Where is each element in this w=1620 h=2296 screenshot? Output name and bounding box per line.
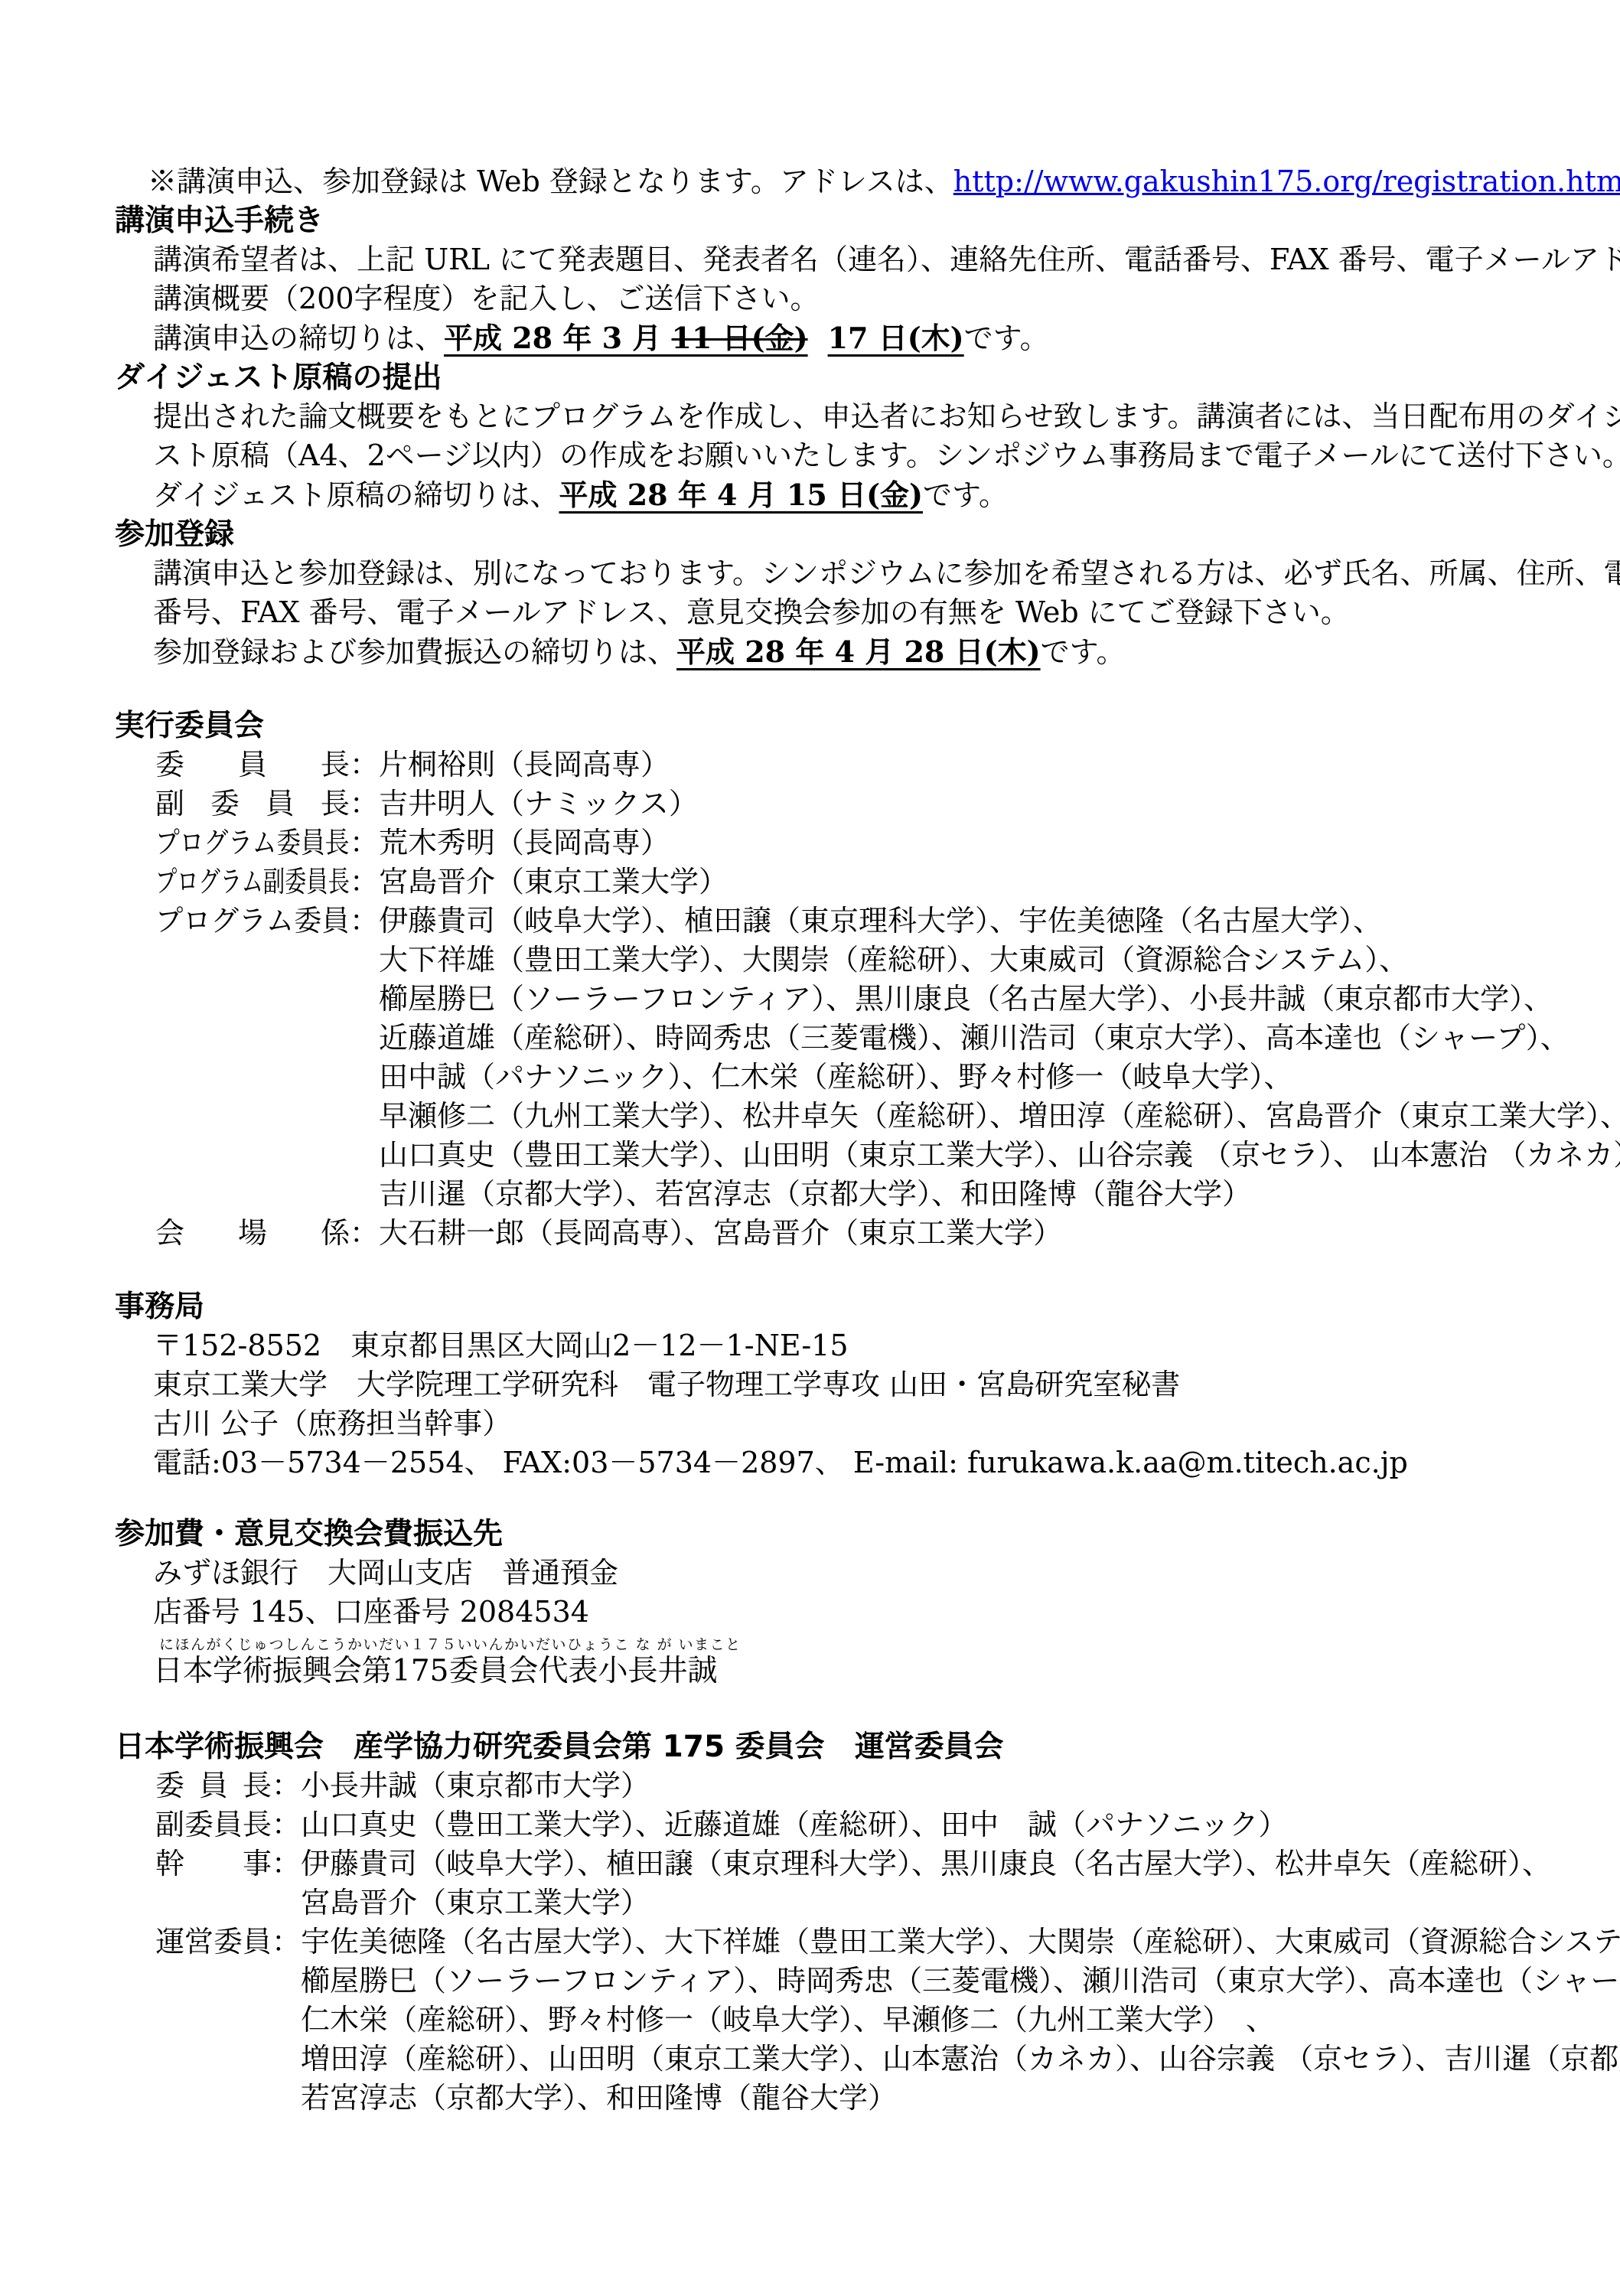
role-colon: ： bbox=[350, 902, 379, 941]
role-colon: ： bbox=[350, 784, 379, 823]
member-line: 櫛屋勝巳（ソーラーフロンティア）、黒川康良（名古屋大学）、小長井誠（東京都市大学… bbox=[379, 980, 1574, 1019]
intro-note: ※講演申込、参加登録は Web 登録となります。アドレスは、http://www… bbox=[148, 162, 1574, 201]
management-row-members: 運営委員： 宇佐美徳隆（名古屋大学）、大下祥雄（豊田工業大学）、大関崇（産総研）… bbox=[155, 1923, 1574, 2118]
role-label: 運営委員 bbox=[155, 1923, 272, 1962]
registration-deadline-prefix: 参加登録および参加費振込の締切りは、 bbox=[153, 635, 676, 669]
member-line: 宮島晋介（東京工業大学） bbox=[379, 863, 1574, 902]
role-label: プログラム委員 bbox=[155, 902, 350, 941]
application-deadline-date-new: 17 日(木) bbox=[828, 321, 964, 355]
section-heading-management-committee: 日本学術振興会 産学協力研究委員会第 175 委員会 運営委員会 bbox=[115, 1727, 1574, 1766]
member-line: 伊藤貴司（岐阜大学）、植田譲（東京理科大学）、宇佐美徳隆（名古屋大学）、 bbox=[379, 902, 1574, 941]
role-label: 会場係 bbox=[155, 1214, 350, 1253]
digest-line-1: 提出された論文概要をもとにプログラムを作成し、申込者にお知らせ致します。講演者に… bbox=[153, 397, 1574, 436]
registration-deadline-suffix: です。 bbox=[1041, 635, 1126, 669]
role-label: 委員長 bbox=[155, 745, 350, 784]
payment-bank-line: みずほ銀行 大岡山支店 普通預金 bbox=[153, 1554, 1574, 1593]
registration-deadline-date: 平成 28 年 4 月 28 日(木) bbox=[676, 634, 1041, 669]
section-heading-application: 講演申込手続き bbox=[115, 201, 1574, 240]
role-colon: ： bbox=[272, 1766, 301, 1805]
registration-line-1: 講演申込と参加登録は、別になっております。シンポジウムに参加を希望される方は、必… bbox=[153, 554, 1574, 593]
application-deadline-date: 平成 28 年 3 月 11 日(金) bbox=[444, 321, 808, 355]
role-label: プログラム委員長 bbox=[155, 823, 350, 863]
application-deadline-date-struck: 11 日(金) bbox=[672, 321, 808, 355]
role-label: 副委員長 bbox=[155, 784, 350, 823]
account-holder-line: にほんがくじゅつしんこうかいだい１７５いいんかいだいひょうこ な が いまこと … bbox=[153, 1636, 1574, 1689]
registration-line-2: 番号、FAX 番号、電子メールアドレス、意見交換会参加の有無を Web にてご登… bbox=[153, 593, 1574, 632]
account-holder: 日本学術振興会第175委員会代表小長井誠 bbox=[153, 1654, 1574, 1689]
digest-line-2: スト原稿（A4、2ページ以内）の作成をお願いいたします。シンポジウム事務局まで電… bbox=[153, 436, 1574, 475]
role-label: 副委員長 bbox=[155, 1805, 272, 1844]
member-line: 荒木秀明（長岡高専） bbox=[379, 823, 1574, 863]
member-line: 大石耕一郎（長岡高専）、宮島晋介（東京工業大学） bbox=[379, 1214, 1574, 1253]
section-heading-payment: 参加費・意見交換会費振込先 bbox=[115, 1515, 1574, 1554]
section-heading-office: 事務局 bbox=[115, 1287, 1574, 1326]
role-colon: ： bbox=[350, 1214, 379, 1253]
application-deadline-date-head: 平成 28 年 3 月 bbox=[444, 321, 671, 355]
member-line: 若宮淳志（京都大学）、和田隆博（龍谷大学） bbox=[301, 2079, 1574, 2118]
application-deadline-prefix: 講演申込の締切りは、 bbox=[153, 321, 444, 355]
role-label: 幹事 bbox=[155, 1844, 272, 1883]
member-line: 小長井誠（東京都市大学） bbox=[301, 1766, 1574, 1805]
digest-deadline-prefix: ダイジェスト原稿の締切りは、 bbox=[153, 478, 559, 512]
office-contact-name-line: 古川 公子（庶務担当幹事） bbox=[153, 1404, 1574, 1443]
intro-note-prefix: ※講演申込、参加登録は Web 登録となります。アドレスは、 bbox=[148, 165, 953, 198]
member-line: 伊藤貴司（岐阜大学）、植田譲（東京理科大学）、黒川康良（名古屋大学）、松井卓矢（… bbox=[301, 1844, 1574, 1883]
role-colon: ： bbox=[272, 1805, 301, 1844]
office-affiliation-line: 東京工業大学 大学院理工学研究科 電子物理工学専攻 山田・宮島研究室秘書 bbox=[153, 1365, 1574, 1404]
member-line: 宮島晋介（東京工業大学） bbox=[301, 1883, 1574, 1923]
section-heading-registration: 参加登録 bbox=[115, 515, 1574, 554]
management-row-chair: 委員長： 小長井誠（東京都市大学） bbox=[155, 1766, 1574, 1805]
role-colon: ： bbox=[350, 863, 379, 902]
committee-row-program-members: プログラム委員： 伊藤貴司（岐阜大学）、植田譲（東京理科大学）、宇佐美徳隆（名古… bbox=[155, 902, 1574, 1214]
office-phone-line: 電話:03－5734－2554、 FAX:03－5734－2897、 E-mai… bbox=[153, 1443, 1574, 1482]
digest-deadline-suffix: です。 bbox=[923, 478, 1008, 512]
section-heading-digest: ダイジェスト原稿の提出 bbox=[115, 358, 1574, 397]
member-line: 仁木栄（産総研）、野々村修一（岐阜大学）、早瀬修二（九州工業大学） 、 bbox=[301, 2001, 1574, 2040]
member-line: 大下祥雄（豊田工業大学）、大関崇（産総研）、大東威司（資源総合システム）、 bbox=[379, 941, 1574, 980]
committee-row-program-chair: プログラム委員長： 荒木秀明（長岡高専） bbox=[155, 823, 1574, 863]
document-page: ※講演申込、参加登録は Web 登録となります。アドレスは、http://www… bbox=[0, 0, 1620, 2296]
member-line: 山口真史（豊田工業大学）、山田明（東京工業大学）、山谷宗義 （京セラ）、 山本憲… bbox=[379, 1136, 1574, 1175]
member-line: 山口真史（豊田工業大学）、近藤道雄（産総研）、田中 誠（パナソニック） bbox=[301, 1805, 1574, 1844]
office-address-line: 〒152-8552 東京都目黒区大岡山2－12－1-NE-15 bbox=[153, 1326, 1574, 1365]
member-line: 早瀬修二（九州工業大学）、松井卓矢（産総研）、増田淳（産総研）、宮島晋介（東京工… bbox=[379, 1097, 1574, 1136]
committee-row-chair: 委員長： 片桐裕則（長岡高専） bbox=[155, 745, 1574, 784]
committee-row-vice-chair: 副委員長： 吉井明人（ナミックス） bbox=[155, 784, 1574, 823]
digest-deadline-date: 平成 28 年 4 月 15 日(金) bbox=[559, 478, 923, 512]
member-line: 櫛屋勝巳（ソーラーフロンティア）、時岡秀忠（三菱電機）、瀬川浩司（東京大学）、高… bbox=[301, 1962, 1574, 2001]
furigana: にほんがくじゅつしんこうかいだい１７５いいんかいだいひょうこ な が いまこと bbox=[159, 1636, 1574, 1654]
payment-account-line: 店番号 145、口座番号 2084534 bbox=[153, 1593, 1574, 1632]
member-line: 片桐裕則（長岡高専） bbox=[379, 745, 1574, 784]
role-colon: ： bbox=[350, 823, 379, 863]
role-colon: ： bbox=[350, 745, 379, 784]
application-deadline-suffix: です。 bbox=[964, 321, 1049, 355]
management-row-vice-chair: 副委員長： 山口真史（豊田工業大学）、近藤道雄（産総研）、田中 誠（パナソニック… bbox=[155, 1805, 1574, 1844]
application-line-1: 講演希望者は、上記 URL にて発表題目、発表者名（連名）、連絡先住所、電話番号… bbox=[153, 240, 1574, 279]
member-line: 田中誠（パナソニック）、仁木栄（産総研）、野々村修一（岐阜大学）、 bbox=[379, 1058, 1574, 1097]
registration-deadline-line: 参加登録および参加費振込の締切りは、平成 28 年 4 月 28 日(木)です。 bbox=[153, 632, 1574, 672]
management-row-secretary: 幹事： 伊藤貴司（岐阜大学）、植田譲（東京理科大学）、黒川康良（名古屋大学）、松… bbox=[155, 1844, 1574, 1923]
role-label: 委員長 bbox=[155, 1766, 272, 1805]
role-colon: ： bbox=[272, 1844, 301, 1883]
committee-row-program-vice-chair: プログラム副委員長： 宮島晋介（東京工業大学） bbox=[155, 863, 1574, 902]
member-line: 吉川暹（京都大学）、若宮淳志（京都大学）、和田隆博（龍谷大学） bbox=[379, 1175, 1574, 1214]
application-line-2: 講演概要（200字程度）を記入し、ご送信下さい。 bbox=[153, 279, 1574, 318]
member-line: 吉井明人（ナミックス） bbox=[379, 784, 1574, 823]
role-label: プログラム副委員長 bbox=[155, 863, 350, 902]
committee-row-venue: 会場係： 大石耕一郎（長岡高専）、宮島晋介（東京工業大学） bbox=[155, 1214, 1574, 1253]
digest-deadline-line: ダイジェスト原稿の締切りは、平成 28 年 4 月 15 日(金)です。 bbox=[153, 475, 1574, 515]
member-line: 近藤道雄（産総研）、時岡秀忠（三菱電機）、瀬川浩司（東京大学）、高本達也（シャー… bbox=[379, 1019, 1574, 1058]
role-colon: ： bbox=[272, 1923, 301, 1962]
member-line: 増田淳（産総研）、山田明（東京工業大学）、山本憲治（カネカ）、山谷宗義 （京セラ… bbox=[301, 2040, 1574, 2079]
member-line: 宇佐美徳隆（名古屋大学）、大下祥雄（豊田工業大学）、大関崇（産総研）、大東威司（… bbox=[301, 1923, 1574, 1962]
section-heading-executive-committee: 実行委員会 bbox=[115, 706, 1574, 745]
registration-link[interactable]: http://www.gakushin175.org/registration.… bbox=[953, 165, 1620, 198]
application-deadline-line: 講演申込の締切りは、平成 28 年 3 月 11 日(金)17 日(木)です。 bbox=[153, 318, 1574, 358]
